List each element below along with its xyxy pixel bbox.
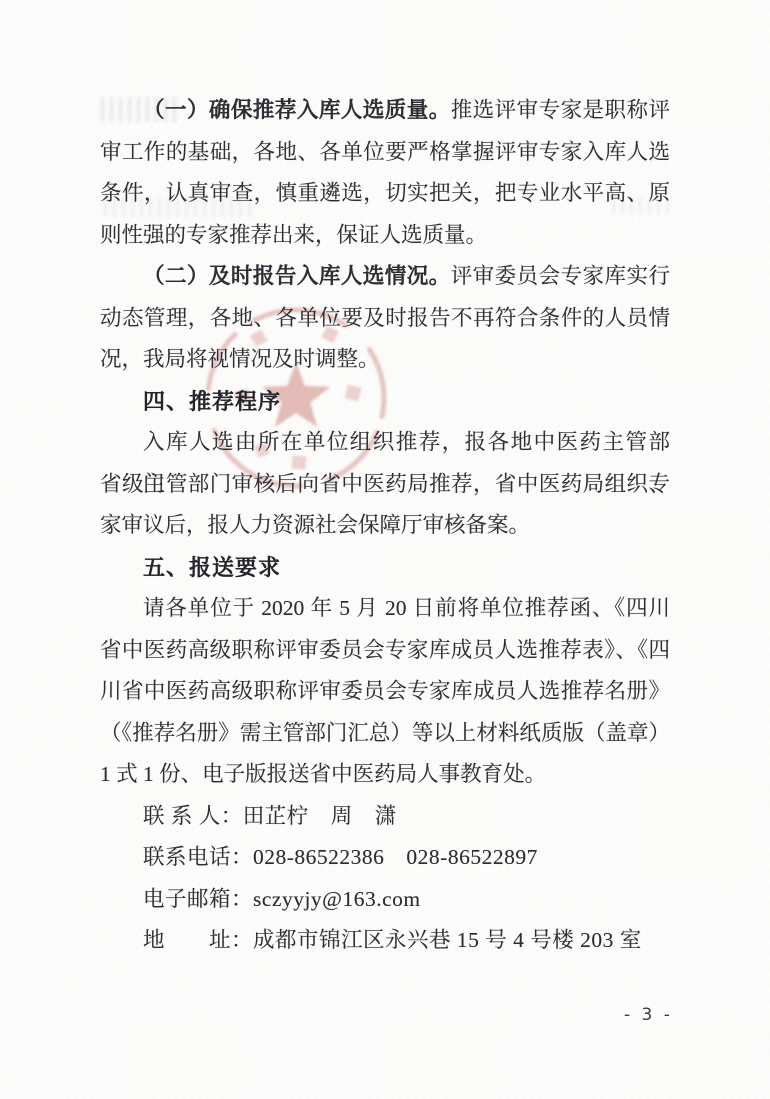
para1-line2: 审工作的基础，各地、各单位要严格掌握评审专家入库人选	[100, 132, 670, 174]
document-body: （一）确保推荐入库人选质量。推选评审专家是职称评 审工作的基础，各地、各单位要严…	[100, 90, 670, 962]
para4-line5: 1 式 1 份、电子版报送省中医药局人事教育处。	[100, 754, 670, 796]
para1-line1: （一）确保推荐入库人选质量。推选评审专家是职称评	[100, 90, 670, 132]
para3-line3: 家审议后，报人力资源社会保障厅审核备案。	[100, 505, 670, 547]
para4-line1: 请各单位于 2020 年 5 月 20 日前将单位推荐函、《四川	[100, 588, 670, 630]
para1-line4: 则性强的专家推荐出来，保证人选质量。	[100, 215, 670, 257]
contact-phone-line: 联系电话：028-86522386 028-86522897	[100, 837, 670, 879]
contact-person-line: 联 系 人：田芷柠 周 潇	[100, 796, 670, 838]
para2-lead-bold: （二）及时报告入库人选情况。	[143, 264, 451, 288]
para4-line4: （《推荐名册》需主管部门汇总）等以上材料纸质版（盖章）	[100, 713, 670, 755]
contact-address-line: 地 址：成都市锦江区永兴巷 15 号 4 号楼 203 室	[100, 920, 670, 962]
contact-email-line: 电子邮箱：sczyyjy@163.com	[100, 879, 670, 921]
para2-line3: 况，我局将视情况及时调整。	[100, 339, 670, 381]
para2-line2: 动态管理，各地、各单位要及时报告不再符合条件的人员情	[100, 298, 670, 340]
para3-line1: 入库人选由所在单位组织推荐，报各地中医药主管部门、	[100, 422, 670, 464]
para4-line3: 川省中医药高级职称评审委员会专家库成员人选推荐名册》	[100, 671, 670, 713]
section-heading-4: 四、推荐程序	[100, 381, 670, 423]
para3-line2: 省级主管部门审核后向省中医药局推荐，省中医药局组织专	[100, 464, 670, 506]
scanned-document-page: （一）确保推荐入库人选质量。推选评审专家是职称评 审工作的基础，各地、各单位要严…	[0, 0, 770, 1099]
para1-line3: 条件，认真审查，慎重遴选，切实把关，把专业水平高、原	[100, 173, 670, 215]
para2-line1: （二）及时报告入库人选情况。评审委员会专家库实行	[100, 256, 670, 298]
para1-lead-bold: （一）确保推荐入库人选质量。	[143, 98, 451, 122]
section-heading-5: 五、报送要求	[100, 547, 670, 589]
para4-line2: 省中医药高级职称评审委员会专家库成员人选推荐表》、《四	[100, 630, 670, 672]
page-number: - 3 -	[624, 1005, 673, 1025]
